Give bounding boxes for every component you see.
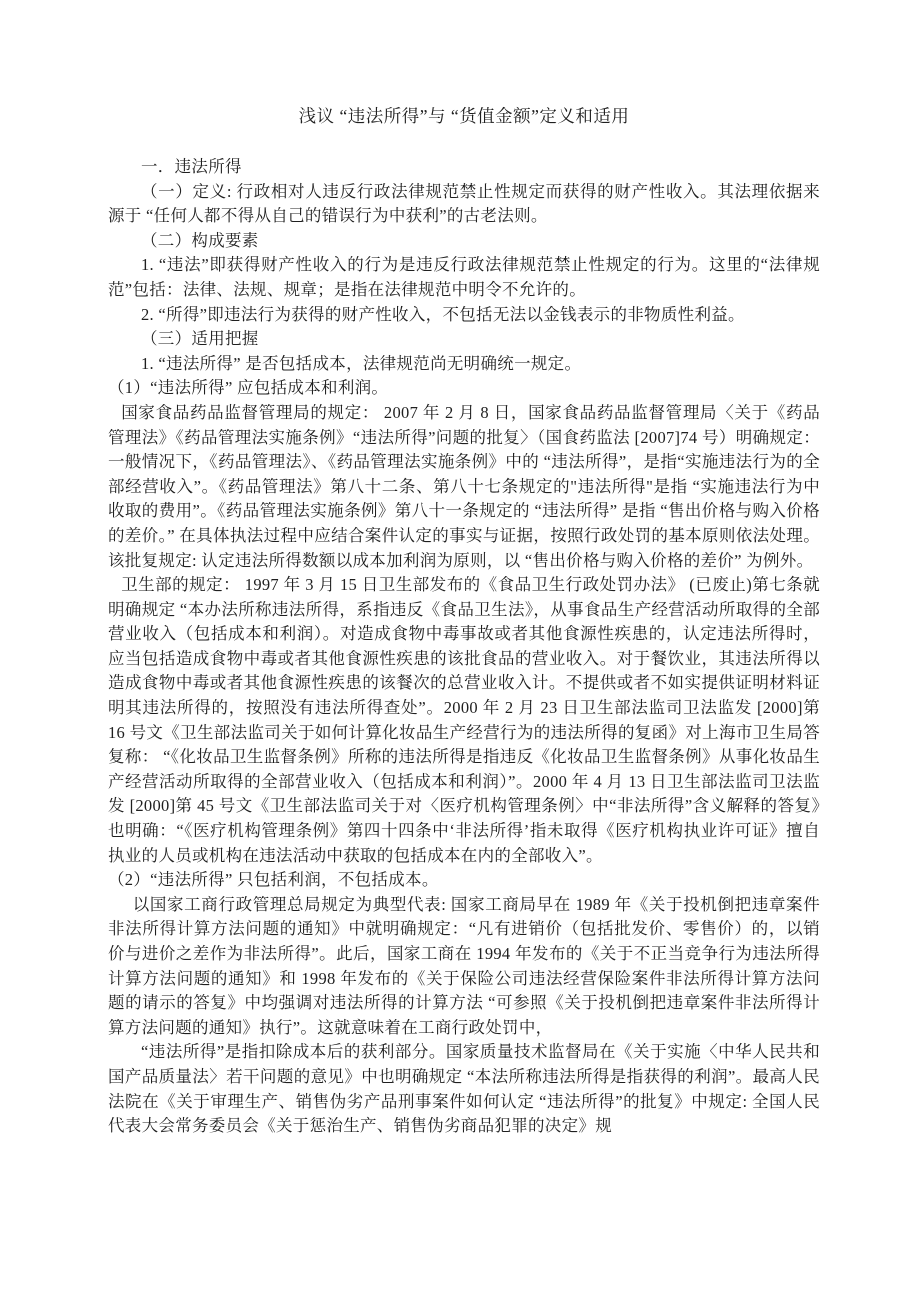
paragraph: “违法所得”是指扣除成本后的获利部分。国家质量技术监督局在《关于实施〈中华人民共… bbox=[108, 1040, 820, 1138]
paragraph: （1）“违法所得” 应包括成本和利润。 bbox=[108, 376, 820, 401]
paragraph: （一）定义: 行政相对人违反行政法律规范禁止性规定而获得的财产性收入。其法理依据… bbox=[108, 180, 820, 229]
document-page: 浅议 “违法所得”与 “货值金额”定义和适用 一．违法所得（一）定义: 行政相对… bbox=[0, 0, 920, 1302]
paragraph: 1. “违法所得” 是否包括成本，法律规范尚无明确统一规定。 bbox=[108, 352, 820, 377]
paragraph: 1. “违法”即获得财产性收入的行为是违反行政法律规范禁止性规定的行为。这里的“… bbox=[108, 253, 820, 302]
paragraph: 一．违法所得 bbox=[108, 155, 820, 180]
paragraph: 卫生部的规定： 1997 年 3 月 15 日卫生部发布的《食品卫生行政处罚办法… bbox=[108, 573, 820, 868]
paragraph: 国家食品药品监督管理局的规定： 2007 年 2 月 8 日，国家食品药品监督管… bbox=[108, 401, 820, 573]
document-body: 一．违法所得（一）定义: 行政相对人违反行政法律规范禁止性规定而获得的财产性收入… bbox=[108, 155, 820, 1139]
paragraph: （三）适用把握 bbox=[108, 327, 820, 352]
paragraph: （二）构成要素 bbox=[108, 229, 820, 254]
paragraph: （2）“违法所得” 只包括利润，不包括成本。 bbox=[108, 868, 820, 893]
paragraph: 2. “所得”即违法行为获得的财产性收入，不包括无法以金钱表示的非物质性利益。 bbox=[108, 303, 820, 328]
paragraph: 以国家工商行政管理总局规定为典型代表: 国家工商局早在 1989 年《关于投机倒… bbox=[108, 893, 820, 1041]
document-title: 浅议 “违法所得”与 “货值金额”定义和适用 bbox=[108, 104, 820, 129]
